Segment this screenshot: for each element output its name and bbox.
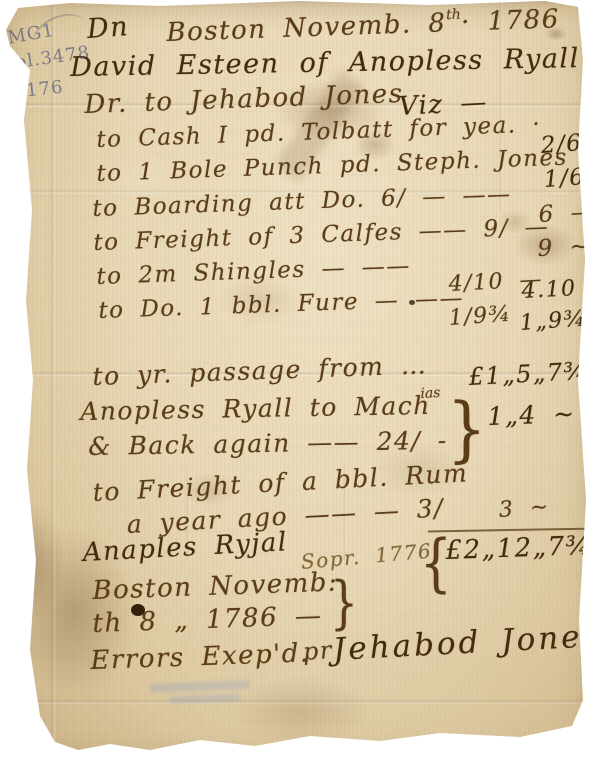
paper-edge-shading	[0, 0, 595, 763]
document-scan: MG1 vol.3478 B176 Dn Boston Novemb. 8th·…	[0, 0, 595, 763]
paper: MG1 vol.3478 B176 Dn Boston Novemb. 8th·…	[0, 0, 595, 763]
